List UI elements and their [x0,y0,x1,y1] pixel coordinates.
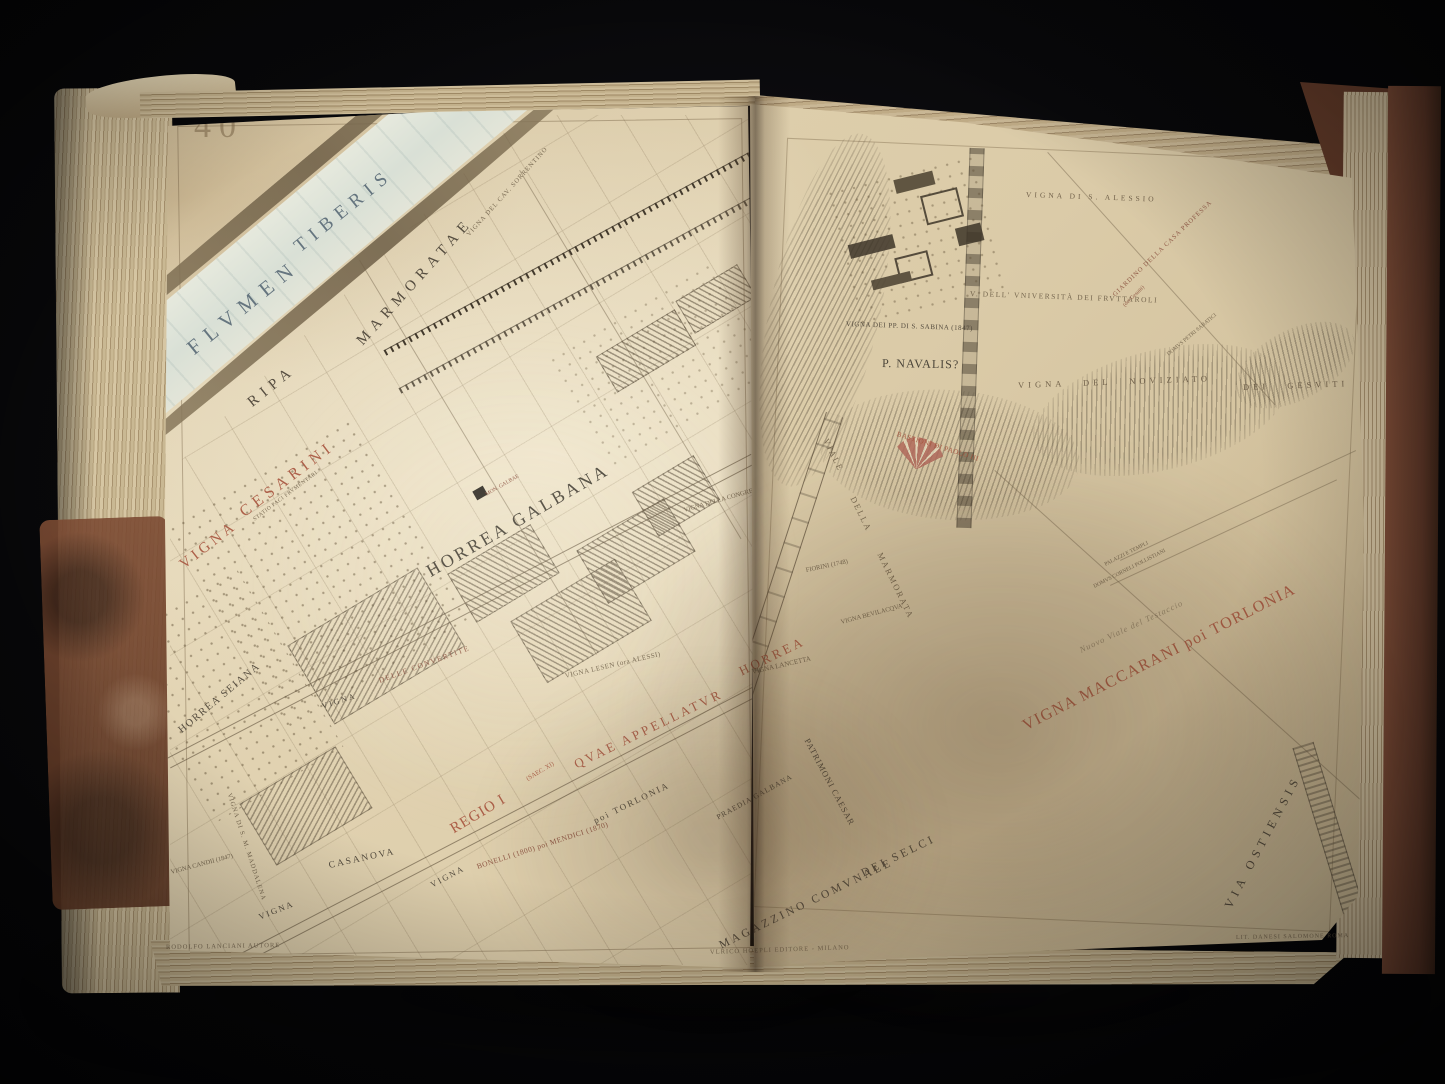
photo-of-open-atlas: 40 FLVMEN TIBERIS RIPA MARMORATAE VIGNA … [0,0,1445,1084]
vignette [0,0,1445,1084]
